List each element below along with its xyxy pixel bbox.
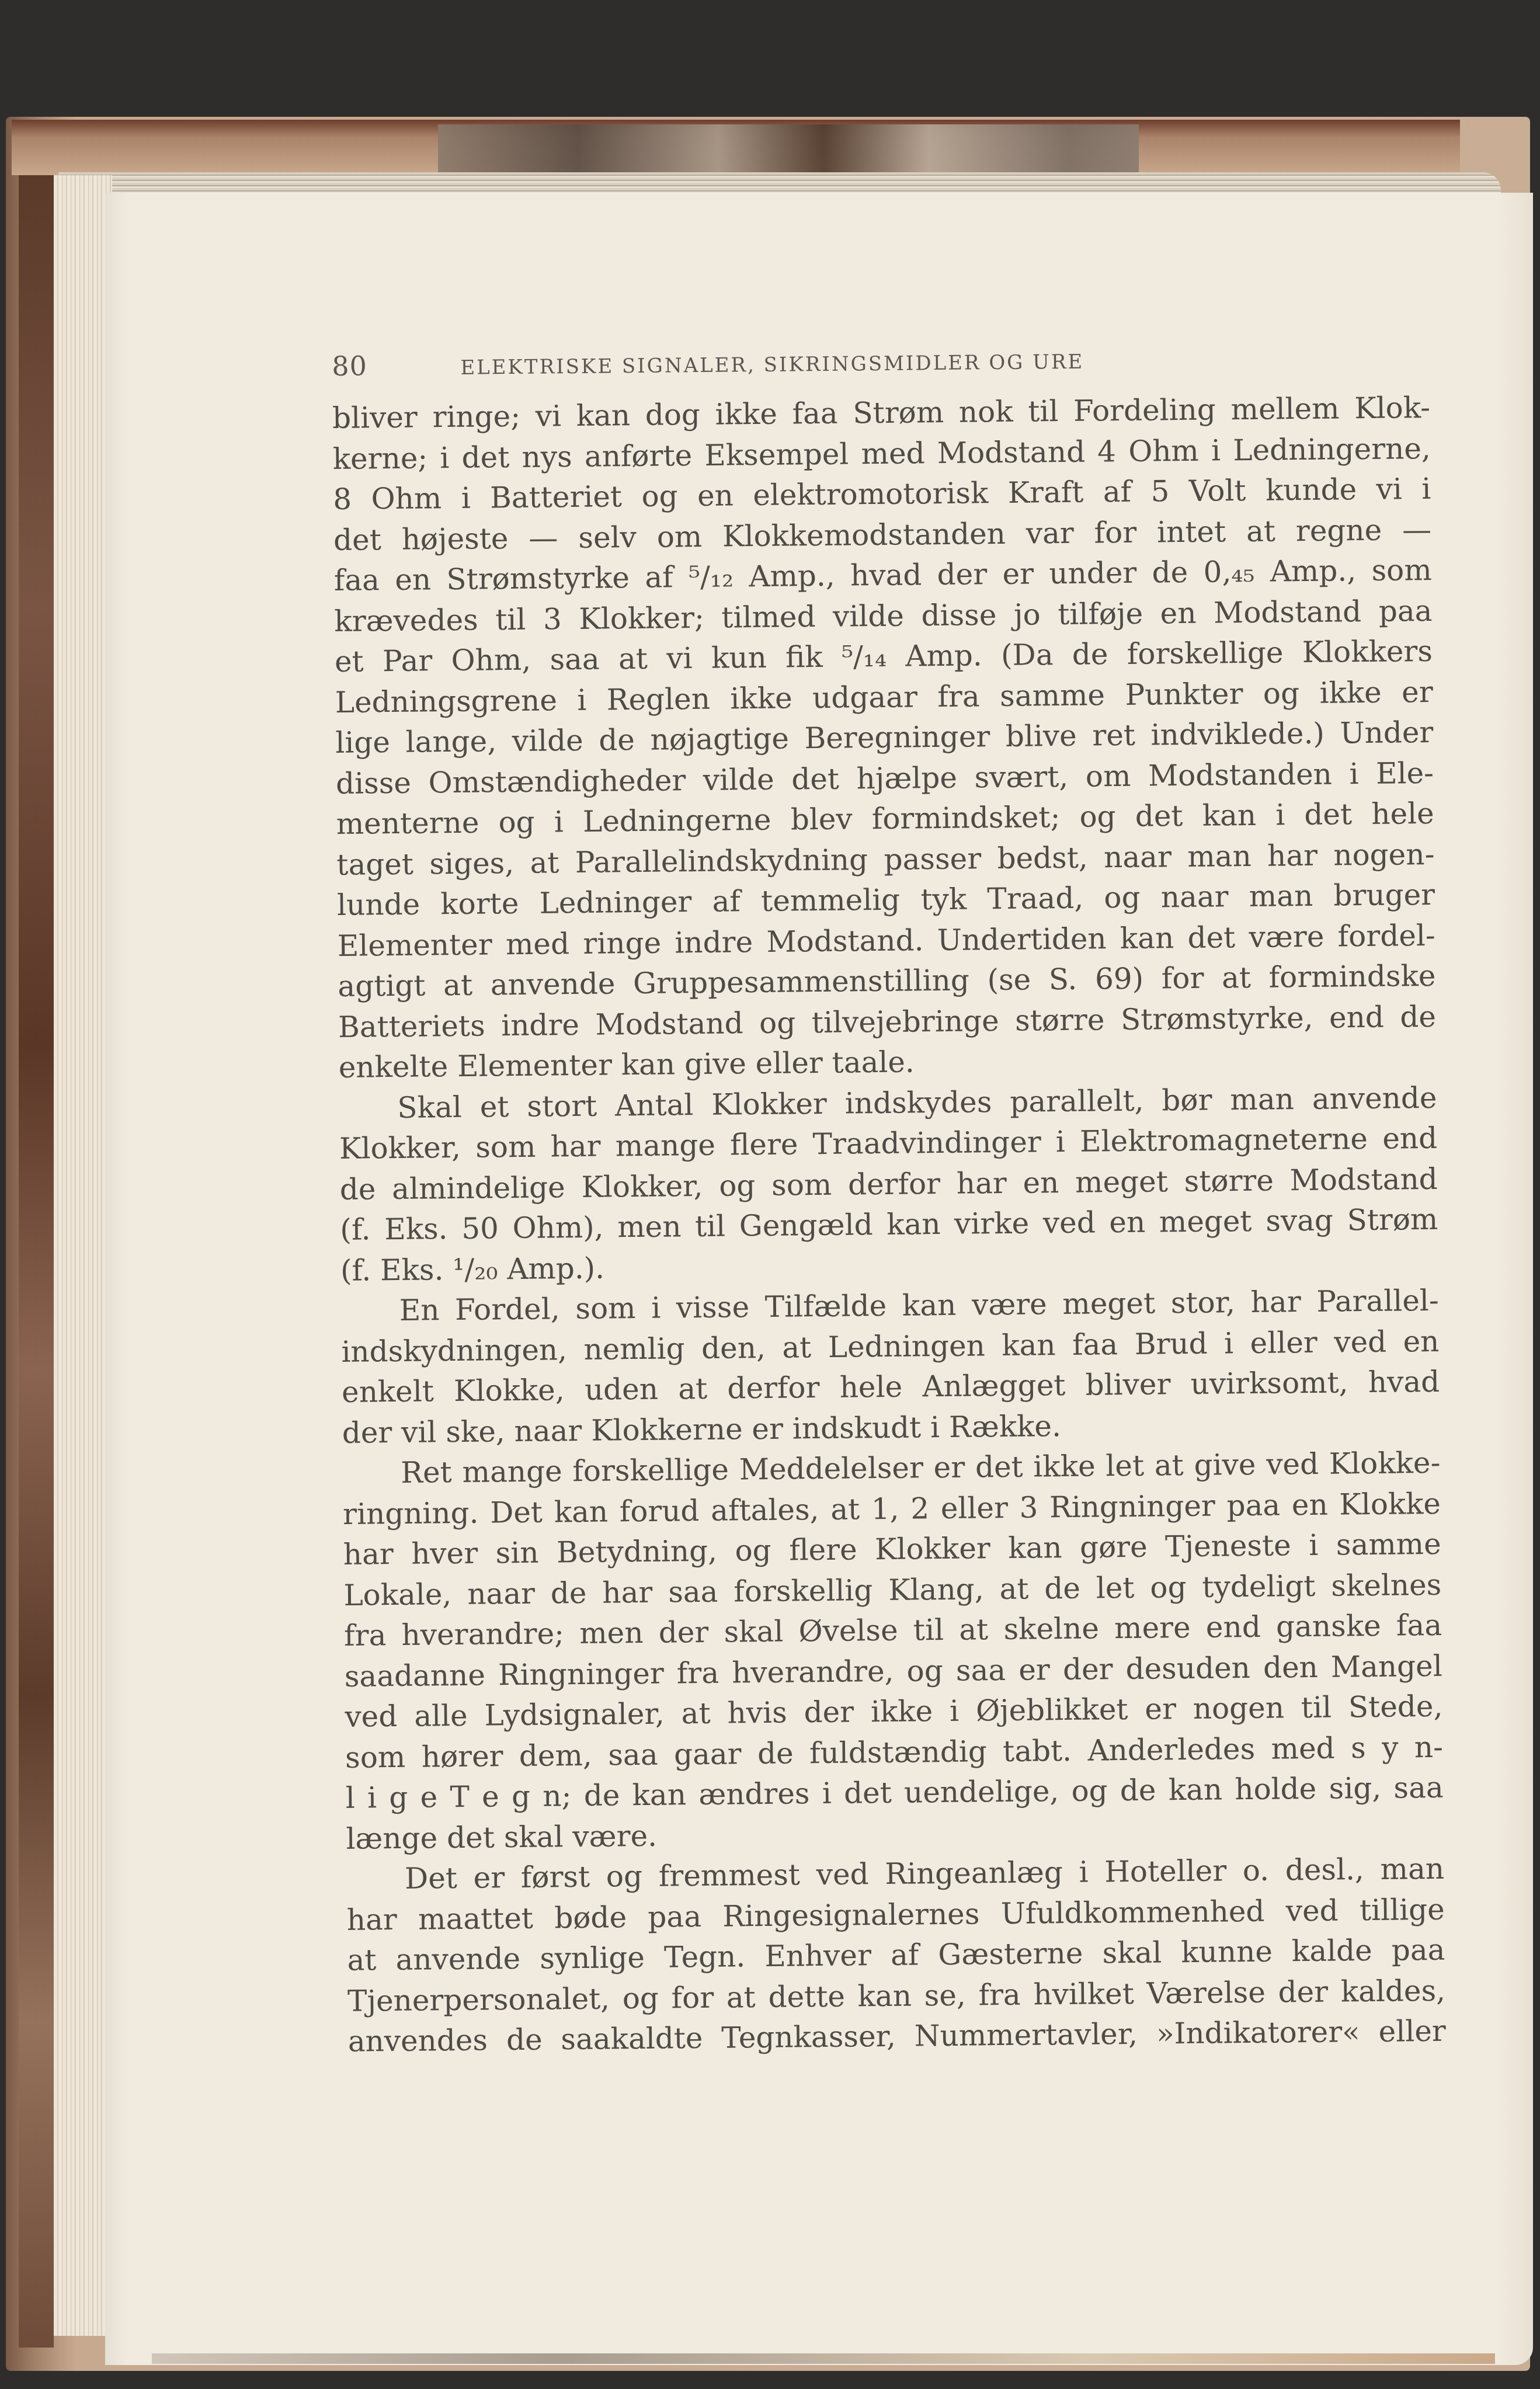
page-stack-top xyxy=(58,172,1501,196)
torn-binding xyxy=(438,124,1139,174)
leather-edge xyxy=(19,175,54,2348)
book-spine-top xyxy=(12,120,1460,175)
running-title: ELEKTRISKE SIGNALER, SIKRINGSMIDLER OG U… xyxy=(460,350,1084,380)
page-text: 80 ELEKTRISKE SIGNALER, SIKRINGSMIDLER O… xyxy=(332,340,1446,2062)
body-text: bliver ringe; vi kan dog ikke faa Strøm … xyxy=(332,388,1446,2062)
page-stack-bottom xyxy=(152,2353,1495,2364)
page-stack-left xyxy=(54,175,112,2336)
page-number: 80 xyxy=(332,349,461,382)
